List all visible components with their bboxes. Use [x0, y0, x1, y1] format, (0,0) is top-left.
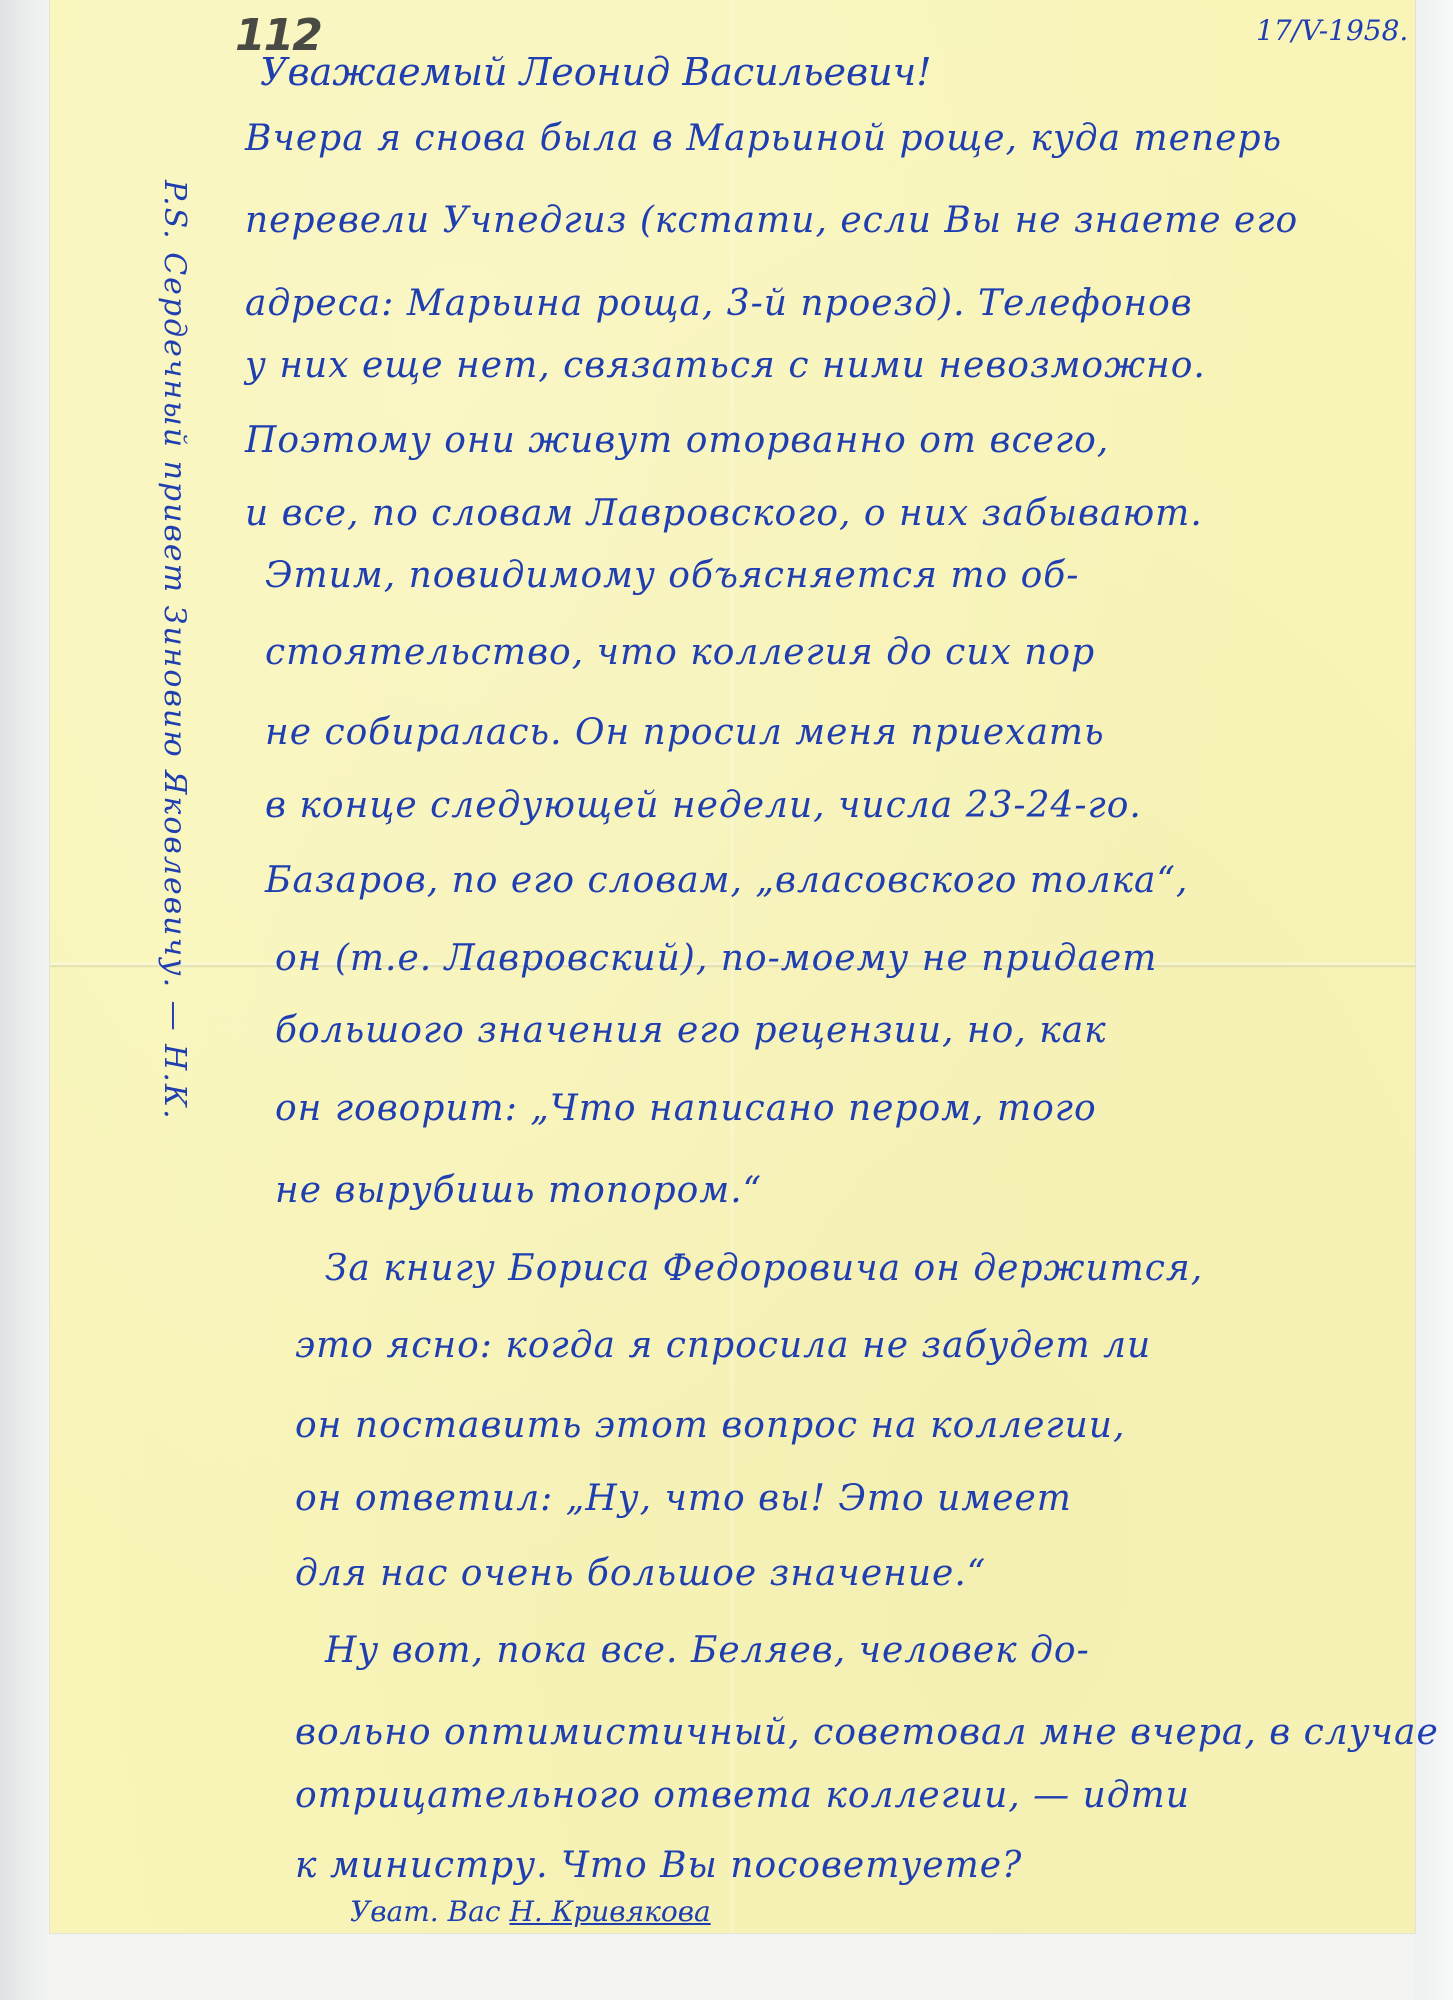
letter-greeting: Уважаемый Леонид Васильевич! [260, 50, 932, 94]
letter-line: это ясно: когда я спросила не забудет ли [295, 1325, 1151, 1366]
letter-line: он поставить этот вопрос на коллегии, [295, 1405, 1125, 1446]
letter-line: он говорит: „Что написано пером, того [275, 1088, 1097, 1129]
letter-date: 17/V-1958. [1256, 14, 1408, 47]
letter-line: Вчера я снова была в Марьиной роще, куда… [245, 118, 1282, 159]
letter-line: не вырубишь топором.“ [275, 1170, 762, 1211]
letter-line: стоятельство, что коллегия до сих пор [265, 632, 1095, 673]
letter-line: отрицательного ответа коллегии, — идти [295, 1775, 1190, 1816]
letter-line: он (т.е. Лавровский), по-моему не придае… [275, 938, 1157, 979]
letter-line: перевели Учпедгиз (кстати, если Вы не зн… [245, 200, 1298, 241]
letter-line: к министру. Что Вы посоветуете? [295, 1845, 1022, 1886]
letter-line: у них еще нет, связаться с ними невозмож… [245, 345, 1206, 386]
letter-line: адреса: Марьина роща, 3-й проезд). Телеф… [245, 283, 1193, 324]
letter-line: и все, по словам Лавровского, о них забы… [245, 493, 1203, 534]
letter-closing: Уват. Вас [350, 1895, 501, 1928]
letter-line: не собиралась. Он просил меня приехать [265, 712, 1105, 753]
scan-border-left [0, 0, 50, 2000]
letter-line: За книгу Бориса Федоровича он держится, [325, 1248, 1203, 1289]
letter-line: Поэтому они живут оторванно от всего, [245, 420, 1109, 461]
margin-postscript: P.S. Сердечный привет Зиновию Яковлевичу… [157, 180, 192, 1121]
letter-line: Ну вот, пока все. Беляев, человек до- [325, 1630, 1090, 1671]
letter-line: в конце следующей недели, числа 23-24-го… [265, 785, 1142, 826]
letter-line: Базаров, по его словам, „власовского тол… [265, 860, 1188, 901]
letter-line: вольно оптимистичный, советовал мне вчер… [295, 1712, 1439, 1753]
letter-signature: Н. Кривякова [509, 1895, 710, 1928]
letter-line: для нас очень большое значение.“ [295, 1553, 986, 1594]
scan-border-right [1415, 0, 1453, 2000]
letter-line: большого значения его рецензии, но, как [275, 1010, 1107, 1051]
letter-signature-block: Уват. Вас Н. Кривякова [350, 1895, 711, 1928]
letter-line: Этим, повидимому объясняется то об- [265, 555, 1079, 596]
letter-line: он ответил: „Ну, что вы! Это имеет [295, 1478, 1072, 1519]
